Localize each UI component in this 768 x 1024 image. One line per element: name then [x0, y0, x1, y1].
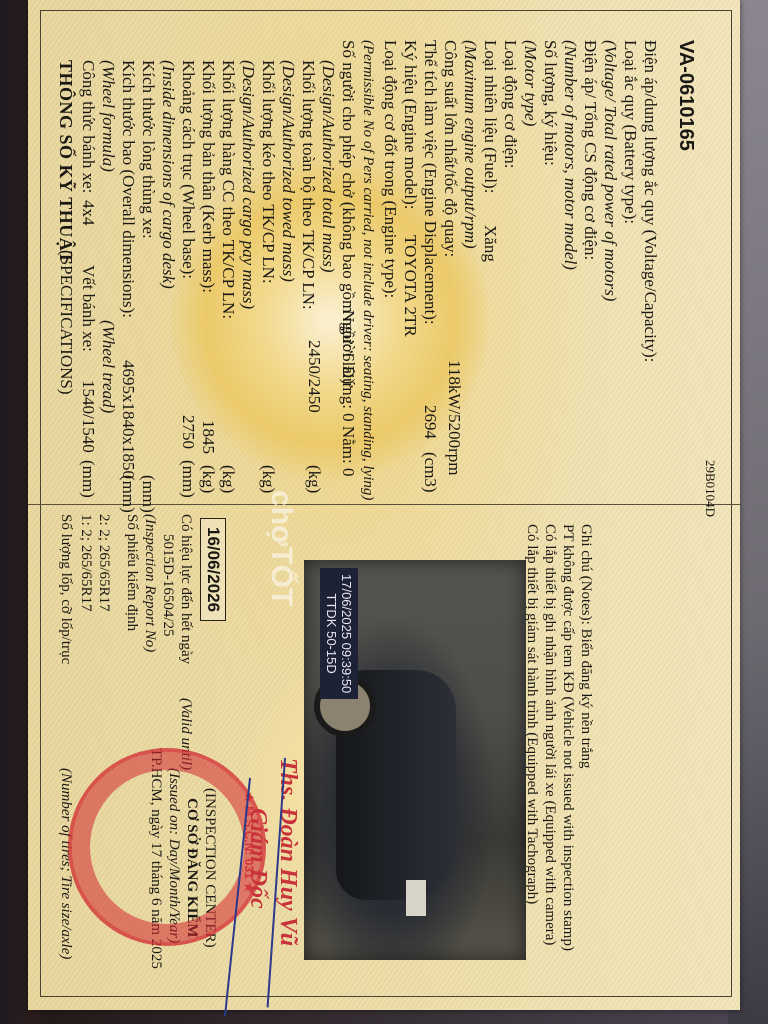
spec-label: Khối lượng bản thân (Kerb mass): [198, 60, 218, 293]
tire-label: Số lượng lốp, cỡ lốp/trục [56, 514, 76, 664]
spec-label-en: (Voltage/ Total rated power of motors) [600, 40, 620, 301]
spec-title: THÔNG SỐ KỸ THUẬT [56, 60, 76, 264]
spec-label: Kích thước lòng thùng xe: [138, 60, 158, 239]
spec-label: Loại ắc quy (Battery type): [620, 40, 640, 224]
spec-label: Điện áp/ Tổng CS động cơ điện: [580, 40, 600, 260]
spec-label-en: (Motor type) [520, 40, 540, 126]
spec-value: 2450/2450 [304, 340, 324, 413]
spec-value: 2750 [178, 415, 198, 449]
spec-label-en: (Design/Authorized cargo pay mass) [238, 60, 258, 309]
spec-label: Kích thước bao (Overall dimensions): [118, 60, 138, 318]
rotated-document-view: THÔNG SỐ KỸ THUẬT (SPECIFICATIONS) Công … [0, 0, 768, 1024]
watermark-logo: chợTỐT [264, 490, 298, 606]
valid-until-date: 16/06/2026 [200, 518, 226, 621]
spec-value: 1540/1540 [78, 380, 98, 453]
spec-label: Khối lượng kéo theo TK/CP LN: [258, 60, 278, 284]
spec-label: Ký hiệu (Engine model): [400, 40, 420, 210]
spec-label-en: (Design/Authorized total mass) [318, 60, 338, 273]
spec-label-en: (Maximum engine output/rpm) [460, 40, 480, 249]
spec-label-en: (Number of motors, motor model) [560, 40, 580, 270]
photo-timestamp: 17/06/2025 09:39:50 [339, 574, 354, 693]
spec-unit: (cm3) [420, 452, 440, 493]
spec-title-en: (SPECIFICATIONS) [56, 250, 76, 395]
spec-label: Vết bánh xe: [78, 265, 98, 352]
spec-label: Thể tích làm việc (Engine Displacement): [420, 40, 440, 325]
spec-label: Khối lượng toàn bộ theo TK/CP LN: [298, 60, 318, 310]
spec-unit: (kg) [198, 465, 218, 493]
signer-title: Giám Đốc [244, 808, 271, 909]
spec-unit: (kg) [218, 465, 238, 493]
spec-value: 1845 [198, 420, 218, 454]
spec-value: 118kW/5200rpm [444, 360, 464, 476]
report-label: Số phiếu kiểm định [122, 514, 142, 631]
note-item: PT không được cấp tem KĐ (Vehicle not is… [558, 524, 578, 951]
license-plate [406, 880, 426, 916]
spec-label: Loại nhiên liệu (Fuel): [480, 40, 500, 193]
tire-axle: 1: 2; 265/65R17 [76, 514, 96, 612]
spec-value: 4x4 [78, 200, 98, 226]
spec-label: Điện áp/dung lượng ắc quy (Voltage/Capac… [640, 40, 660, 362]
report-label-en: (Inspection Report No) [140, 514, 160, 652]
spec-value: Xăng [480, 225, 500, 262]
spec-unit: (mm) [178, 460, 198, 498]
spec-value: 2694 [420, 405, 440, 439]
spec-unit: (mm) [78, 460, 98, 498]
photo-timestamp-label: 17/06/2025 09:39:50 TTDK 50-15D [320, 568, 358, 699]
photo-station: TTDK 50-15D [324, 574, 339, 693]
valid-label: Có hiệu lực đến hết ngày [176, 514, 196, 664]
serial-number: VA-0610165 [676, 40, 696, 151]
note-item: Có lắp thiết bị ghi nhận hình ảnh người … [540, 524, 560, 945]
inspection-certificate: THÔNG SỐ KỸ THUẬT (SPECIFICATIONS) Công … [28, 0, 740, 1010]
spec-value: TOYOTA 2TR [400, 235, 420, 337]
report-number: 5015D-16504/25 [158, 534, 178, 637]
spec-label: Khối lượng hàng CC theo TK/CP LN: [218, 60, 238, 319]
spec-unit: (kg) [304, 465, 324, 493]
spec-label: Loại động cơ điện: [500, 40, 520, 168]
spec-label: Khoảng cách trục (Wheel base): [178, 60, 198, 279]
spec-label: Số lượng, ký hiệu: [540, 40, 560, 166]
spec-label-en: (Wheel formula) [98, 60, 118, 172]
spec-value: 4695x1840x1850 [118, 360, 138, 479]
tire-axle: 2: 2; 265/65R17 [94, 514, 114, 612]
spec-label: Công thức bánh xe: [78, 60, 98, 193]
spec-label-en: (Permissible No of Pers carried, not inc… [358, 40, 378, 500]
spec-label: Loại động cơ đốt trong (Engine type): [380, 40, 400, 298]
spec-label-en: (Wheel tread) [98, 320, 118, 413]
spec-label-en: (Inside dimensions of cargo desk) [158, 60, 178, 289]
note-item: Ghi chú (Notes): Biển đăng ký nền trắng [576, 524, 596, 769]
vehicle-photo: 17/06/2025 09:39:50 TTDK 50-15D [304, 560, 526, 960]
specs-panel: THÔNG SỐ KỸ THUẬT (SPECIFICATIONS) Công … [46, 20, 726, 500]
spec-label: Công suất lớn nhất/tốc độ quay: [440, 40, 460, 257]
spec-label-en: (Design/Authorized towed mass) [278, 60, 298, 282]
spec-value: Ngồi: 6 Đứng: 0 Nằm: 0 [338, 310, 358, 476]
